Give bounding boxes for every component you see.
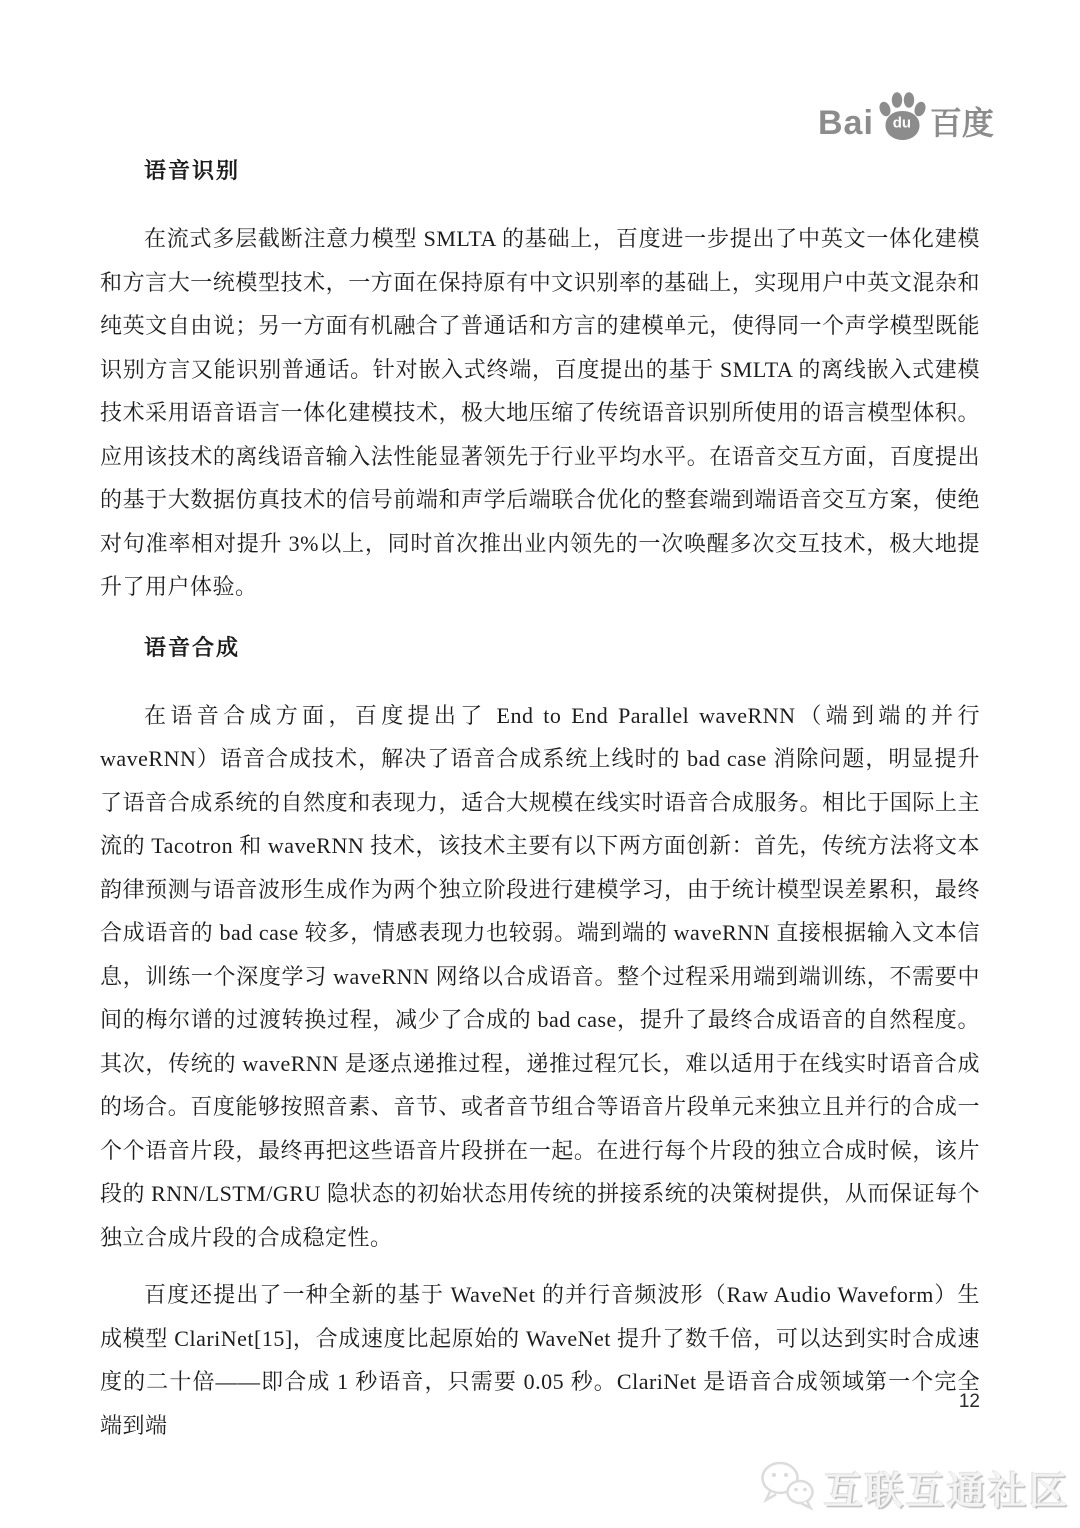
paragraph-speech-recognition: 在流式多层截断注意力模型 SMLTA 的基础上，百度进一步提出了中英文一体化建模… [100, 217, 980, 609]
heading-speech-synthesis: 语音合成 [144, 633, 980, 663]
heading-speech-recognition: 语音识别 [144, 156, 980, 186]
baidu-logo: Bai du 百度 [818, 92, 994, 142]
logo-text-du: du [893, 115, 911, 132]
baidu-paw-icon: du [876, 92, 928, 142]
watermark-text: 互联互通社区 [824, 1460, 1070, 1515]
watermark: 互联互通社区 [758, 1458, 1070, 1517]
wechat-icon [758, 1458, 816, 1517]
logo-text-chinese: 百度 [930, 107, 994, 142]
document-content: 语音识别 在流式多层截断注意力模型 SMLTA 的基础上，百度进一步提出了中英文… [100, 156, 980, 1447]
paragraph-speech-synthesis-1: 在语音合成方面，百度提出了 End to End Parallel waveRN… [100, 694, 980, 1260]
page-number: 12 [959, 1391, 980, 1413]
paragraph-speech-synthesis-2: 百度还提出了一种全新的基于 WaveNet 的并行音频波形（Raw Audio … [100, 1273, 980, 1447]
logo-text-bai: Bai [818, 106, 874, 142]
document-page: Bai du 百度 语音识别 在流式多层截断注意力模型 SMLTA 的基础上，百… [0, 0, 1080, 1528]
